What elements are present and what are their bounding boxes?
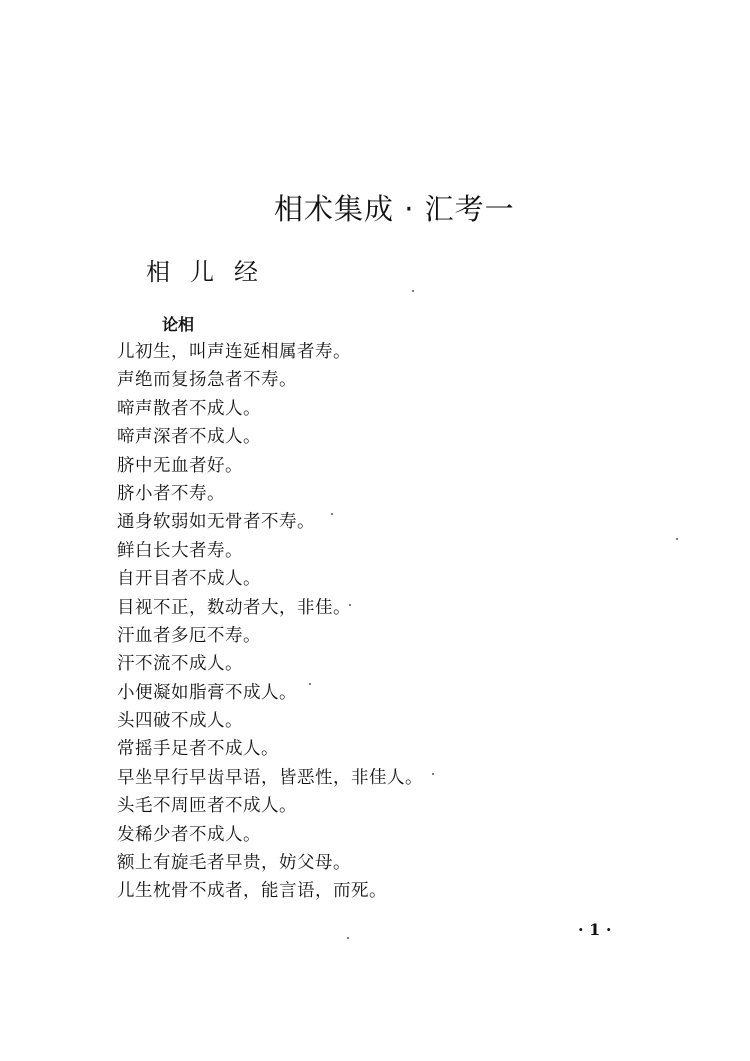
scan-speck (432, 773, 434, 775)
text-line: 啼声深者不成人。 (117, 423, 423, 451)
text-line: 通身软弱如无骨者不寿。 (117, 508, 423, 536)
text-line: 声绝而复扬急者不寿。 (117, 366, 423, 394)
page-number: · 1 · (578, 920, 611, 939)
scan-speck (331, 513, 333, 515)
scan-speck (676, 538, 678, 540)
text-line: 头毛不周匝者不成人。 (117, 792, 423, 820)
text-line: 目视不正，数动者大，非佳。 (117, 594, 423, 622)
chapter-title: 相术集成 · 汇考一 (274, 187, 515, 228)
scan-speck (412, 290, 414, 292)
text-line: 汗不流不成人。 (117, 650, 423, 678)
text-line: 小便凝如脂膏不成人。 (117, 679, 423, 707)
text-line: 鲜白长大者寿。 (117, 537, 423, 565)
text-line: 常摇手足者不成人。 (117, 735, 423, 763)
scan-speck (309, 683, 311, 685)
scan-speck (349, 604, 351, 606)
text-line: 早坐早行早齿早语，皆恶性，非佳人。 (117, 764, 423, 792)
text-line: 脐小者不寿。 (117, 480, 423, 508)
text-line: 自开目者不成人。 (117, 565, 423, 593)
text-lines: 儿初生，叫声连延相属者寿。 声绝而复扬急者不寿。 啼声散者不成人。 啼声深者不成… (117, 338, 423, 906)
text-line: 汗血者多厄不寿。 (117, 622, 423, 650)
text-line: 头四破不成人。 (117, 707, 423, 735)
text-line: 额上有旋毛者早贵，妨父母。 (117, 849, 423, 877)
text-line: 发稀少者不成人。 (117, 821, 423, 849)
text-line: 啼声散者不成人。 (117, 395, 423, 423)
text-line: 儿生枕骨不成者，能言语，而死。 (117, 877, 423, 905)
subsection-title: 论相 (162, 312, 194, 335)
text-line: 脐中无血者好。 (117, 452, 423, 480)
scan-speck (347, 937, 349, 939)
document-page: 相术集成 · 汇考一 相儿经 论相 儿初生，叫声连延相属者寿。 声绝而复扬急者不… (0, 0, 750, 1061)
section-title: 相儿经 (146, 252, 278, 287)
text-line: 儿初生，叫声连延相属者寿。 (117, 338, 423, 366)
